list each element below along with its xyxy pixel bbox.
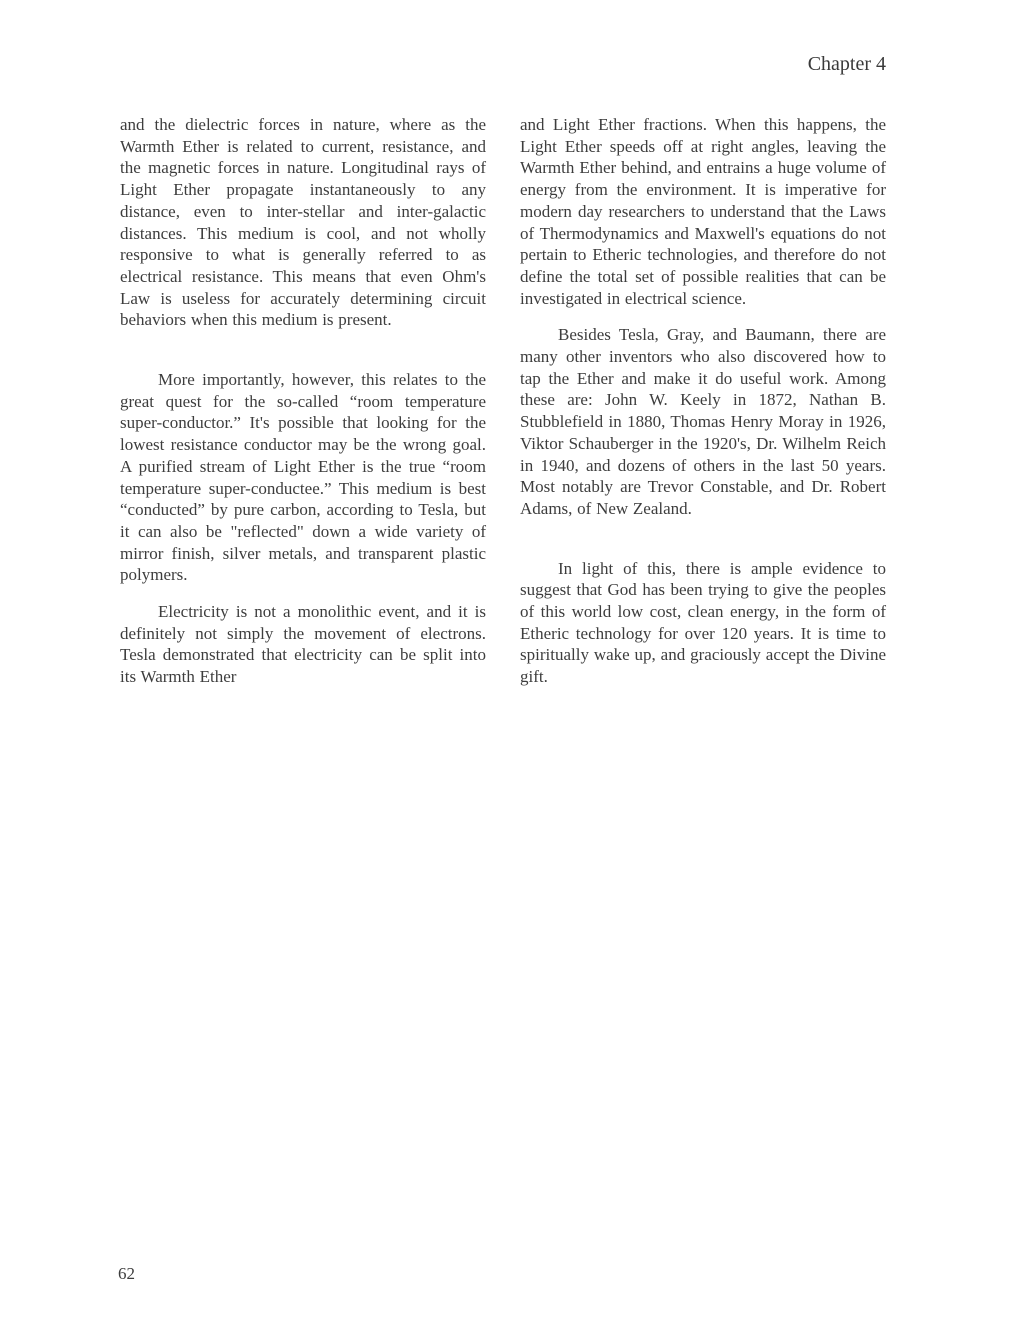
- paragraph: More importantly, however, this relates …: [120, 369, 486, 586]
- chapter-header: Chapter 4: [520, 52, 886, 76]
- paragraph: Besides Tesla, Gray, and Baumann, there …: [520, 324, 886, 519]
- paragraph: and Light Ether fractions. When this hap…: [520, 114, 886, 309]
- page-number: 62: [118, 1264, 135, 1284]
- paragraph: In light of this, there is ample evidenc…: [520, 558, 886, 688]
- paragraph: Electricity is not a monolithic event, a…: [120, 601, 486, 688]
- book-page: Chapter 4 and the dielectric forces in n…: [0, 0, 1020, 1320]
- text-column-left: and the dielectric forces in nature, whe…: [120, 114, 486, 688]
- text-column-right: and Light Ether fractions. When this hap…: [520, 114, 886, 688]
- paragraph: and the dielectric forces in nature, whe…: [120, 114, 486, 331]
